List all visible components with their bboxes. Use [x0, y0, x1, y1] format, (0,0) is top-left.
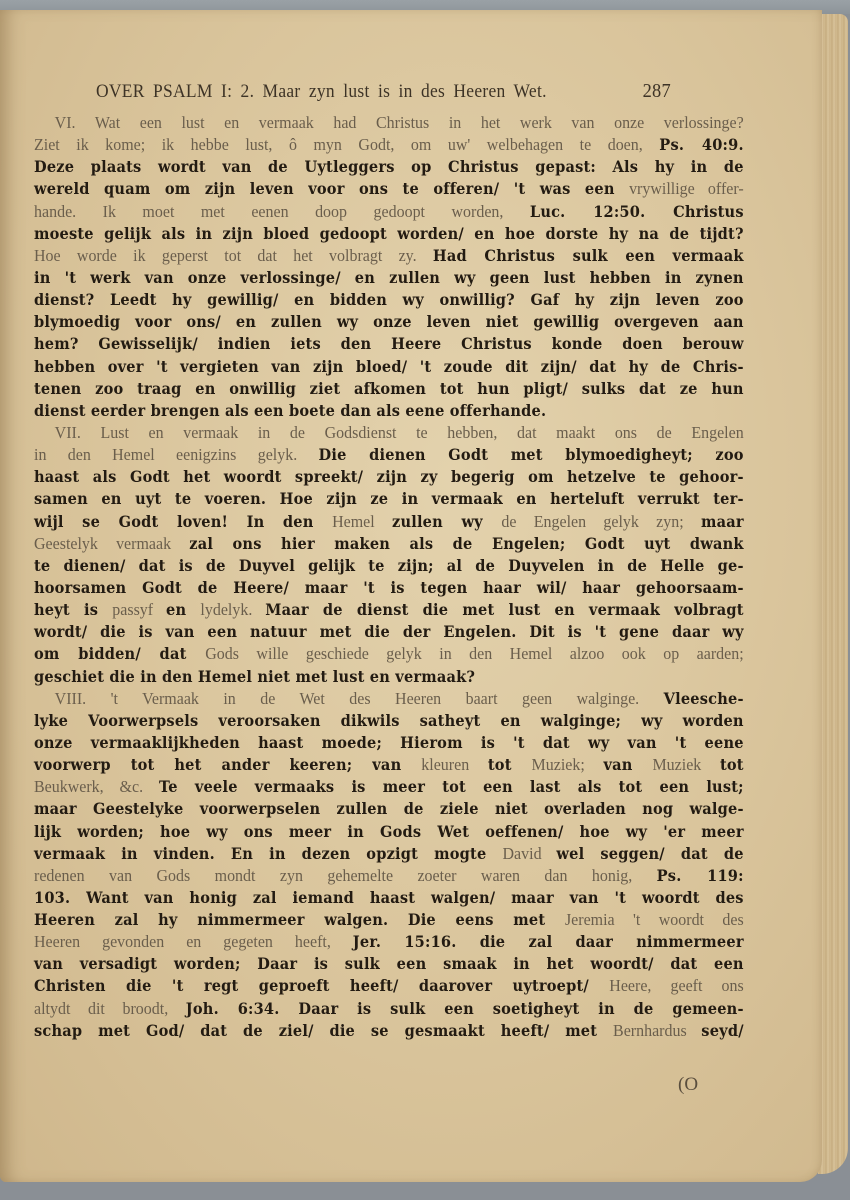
roman-segment: VII. Lust en vermaak in de Godsdienst te…	[55, 423, 744, 442]
roman-segment: Heere, geeft ons	[609, 976, 743, 995]
blackletter-segment: Die dienen Godt met blymoedigheyt; zoo	[319, 445, 744, 464]
text-line: te dienen/ dat is de Duyvel gelijk te zi…	[34, 555, 744, 577]
blackletter-segment: maar	[701, 512, 744, 531]
blackletter-segment: Ps. 119:	[657, 866, 744, 885]
text-line: dienst eerder brengen als een boete dan …	[34, 400, 744, 422]
roman-segment: vrywillige offer-	[629, 179, 744, 198]
roman-segment: lydelyk.	[200, 600, 265, 619]
text-line: Beukwerk, &c. Te veele vermaaks is meer …	[34, 776, 744, 798]
roman-segment: altydt dit broodt,	[34, 999, 186, 1018]
blackletter-segment: heyt is	[34, 600, 112, 619]
text-line: vermaak in vinden. En in dezen opzigt mo…	[34, 843, 744, 865]
blackletter-segment: tot	[488, 755, 532, 774]
text-line: Geestelyk vermaak zal ons hier maken als…	[34, 533, 744, 555]
text-line: van versadigt worden; Daar is sulk een s…	[34, 953, 744, 975]
text-line: in den Hemel eenigzins gelyk. Die dienen…	[34, 444, 744, 466]
blackletter-segment: Maar de dienst die met lust en vermaak v…	[265, 600, 743, 619]
roman-segment: passyf	[112, 600, 166, 619]
text-line: schap met God/ dat de ziel/ die se gesma…	[34, 1020, 744, 1042]
roman-segment: hande. Ik moet met eenen doop gedoopt wo…	[34, 202, 530, 221]
text-line: hebben over 't vergieten van zijn bloed/…	[34, 356, 744, 378]
text-line: VIII. 't Vermaak in de Wet des Heeren ba…	[34, 688, 744, 710]
blackletter-segment: wordt/ die is van een natuur met die der…	[34, 622, 744, 641]
blackletter-segment: in 't werk van onze verlossinge/ en zull…	[34, 268, 744, 287]
blackletter-segment: hem? Gewisselijk/ indien iets den Heere …	[34, 334, 744, 353]
text-line: samen en uyt te voeren. Hoe zijn ze in v…	[34, 488, 744, 510]
blackletter-segment: wijl se Godt loven! In den	[34, 512, 332, 531]
blackletter-segment: samen en uyt te voeren. Hoe zijn ze in v…	[34, 489, 744, 508]
blackletter-segment: Joh. 6:34. Daar is sulk een soetigheyt i…	[186, 999, 744, 1018]
roman-segment: in den Hemel eenigzins gelyk.	[34, 445, 319, 464]
blackletter-segment: voorwerp tot het ander keeren; van	[34, 755, 421, 774]
roman-segment: Beukwerk, &c.	[34, 777, 159, 796]
roman-segment: David	[503, 844, 557, 863]
text-line: Ziet ik kome; ik hebbe lust, ô myn Godt,…	[34, 134, 744, 156]
blackletter-segment: haast als Godt het woordt spreekt/ zijn …	[34, 467, 744, 486]
text-line: voorwerp tot het ander keeren; van kleur…	[34, 754, 744, 776]
blackletter-segment: Jer. 15:16. die zal daar nimmermeer	[353, 932, 744, 951]
text-line: haast als Godt het woordt spreekt/ zijn …	[34, 466, 744, 488]
blackletter-segment: 103. Want van honig zal iemand haast wal…	[34, 888, 744, 907]
roman-segment: Ziet ik kome; ik hebbe lust, ô myn Godt,…	[34, 135, 659, 154]
blackletter-segment: en	[166, 600, 200, 619]
blackletter-segment: lijk worden; hoe wy ons meer in Gods Wet…	[34, 822, 744, 841]
blackletter-segment: van versadigt worden; Daar is sulk een s…	[34, 954, 744, 973]
blackletter-segment: vermaak in vinden. En in dezen opzigt mo…	[34, 844, 503, 863]
blackletter-segment: hebben over 't vergieten van zijn bloed/…	[34, 357, 744, 376]
text-line: wordt/ die is van een natuur met die der…	[34, 621, 744, 643]
roman-segment: Bernhardus	[613, 1021, 701, 1040]
roman-segment: Geestelyk vermaak	[34, 534, 189, 553]
text-line: Christen die 't regt geproeft heeft/ daa…	[34, 975, 744, 997]
text-line: heyt is passyf en lydelyk. Maar de diens…	[34, 599, 744, 621]
blackletter-segment: hoorsamen Godt de Heere/ maar 't is tege…	[34, 578, 744, 597]
blackletter-segment: Deze plaats wordt van de Uytleggers op C…	[34, 157, 744, 176]
blackletter-segment: geschiet die in den Hemel niet met lust …	[34, 667, 475, 686]
text-line: wereld quam om zijn leven voor ons te of…	[34, 178, 744, 200]
blackletter-segment: zal ons hier maken als de Engelen; Godt …	[189, 534, 743, 553]
text-line: dienst? Leedt hy gewillig/ en bidden wy …	[34, 289, 744, 311]
text-line: Heeren gevonden en gegeten heeft, Jer. 1…	[34, 931, 744, 953]
page-number: 287	[643, 80, 671, 103]
text-line: moeste gelijk als in zijn bloed gedoopt …	[34, 223, 744, 245]
blackletter-segment: Had Christus sulk een vermaak	[433, 246, 744, 265]
catchword: (O	[678, 1074, 698, 1096]
roman-segment: kleuren	[421, 755, 488, 774]
text-line: Hoe worde ik geperst tot dat het volbrag…	[34, 245, 744, 267]
text-line: redenen van Gods mondt zyn gehemelte zoe…	[34, 865, 744, 887]
blackletter-segment: tenen zoo traag en onwillig ziet afkomen…	[34, 379, 744, 398]
text-line: tenen zoo traag en onwillig ziet afkomen…	[34, 378, 744, 400]
blackletter-segment: zullen wy	[392, 512, 501, 531]
text-line: hem? Gewisselijk/ indien iets den Heere …	[34, 333, 744, 355]
blackletter-segment: dienst eerder brengen als een boete dan …	[34, 401, 546, 420]
blackletter-segment: om bidden/ dat	[34, 644, 205, 663]
text-line: in 't werk van onze verlossinge/ en zull…	[34, 267, 744, 289]
roman-segment: Gods wille geschiede gelyk in den Hemel …	[205, 644, 743, 663]
blackletter-segment: onze vermaaklijkheden haast moede; Hiero…	[34, 733, 744, 752]
blackletter-segment: maar Geestelyke voorwerpselen zullen de …	[34, 799, 744, 818]
blackletter-segment: Vleesche-	[664, 689, 744, 708]
blackletter-segment: lyke Voorwerpsels veroorsaken dikwils sa…	[34, 711, 744, 730]
blackletter-segment: Luc. 12:50. Christus	[530, 202, 744, 221]
blackletter-segment: Te veele vermaaks is meer tot een last a…	[159, 777, 744, 796]
running-head: OVER PSALM I: 2. Maar zyn lust is in des…	[96, 80, 671, 103]
text-line: Deze plaats wordt van de Uytleggers op C…	[34, 156, 744, 178]
text-line: om bidden/ dat Gods wille geschiede gely…	[34, 643, 744, 665]
text-line: altydt dit broodt, Joh. 6:34. Daar is su…	[34, 998, 744, 1020]
text-line: 103. Want van honig zal iemand haast wal…	[34, 887, 744, 909]
blackletter-segment: Christen die 't regt geproeft heeft/ daa…	[34, 976, 609, 995]
text-line: hoorsamen Godt de Heere/ maar 't is tege…	[34, 577, 744, 599]
blackletter-segment: Heeren zal hy nimmermeer walgen. Die een…	[34, 910, 565, 929]
text-line: Heeren zal hy nimmermeer walgen. Die een…	[34, 909, 744, 931]
text-line: onze vermaaklijkheden haast moede; Hiero…	[34, 732, 744, 754]
blackletter-segment: tot	[720, 755, 744, 774]
text-line: wijl se Godt loven! In den Hemel zullen …	[34, 511, 744, 533]
text-line: geschiet die in den Hemel niet met lust …	[34, 666, 744, 688]
text-line: hande. Ik moet met eenen doop gedoopt wo…	[34, 201, 744, 223]
blackletter-segment: wereld quam om zijn leven voor ons te of…	[34, 179, 629, 198]
roman-segment: Muziek	[652, 755, 719, 774]
blackletter-segment: seyd/	[701, 1021, 743, 1040]
roman-segment: de Engelen gelyk zyn;	[501, 512, 701, 531]
roman-segment: Jeremia 't woordt des	[565, 910, 744, 929]
text-line: lijk worden; hoe wy ons meer in Gods Wet…	[34, 821, 744, 843]
roman-segment: VIII. 't Vermaak in de Wet des Heeren ba…	[55, 689, 664, 708]
roman-segment: Hemel	[332, 512, 392, 531]
roman-segment: redenen van Gods mondt zyn gehemelte zoe…	[34, 866, 657, 885]
blackletter-segment: moeste gelijk als in zijn bloed gedoopt …	[34, 224, 744, 243]
blackletter-segment: blymoedig voor ons/ en zullen wy onze le…	[34, 312, 744, 331]
roman-segment: VI. Wat een lust en vermaak had Christus…	[55, 113, 744, 132]
text-line: lyke Voorwerpsels veroorsaken dikwils sa…	[34, 710, 744, 732]
running-head-title: OVER PSALM I: 2. Maar zyn lust is in des…	[96, 81, 547, 103]
blackletter-segment: te dienen/ dat is de Duyvel gelijk te zi…	[34, 556, 744, 575]
blackletter-segment: dienst? Leedt hy gewillig/ en bidden wy …	[34, 290, 744, 309]
text-line: maar Geestelyke voorwerpselen zullen de …	[34, 798, 744, 820]
body-text: VI. Wat een lust en vermaak had Christus…	[34, 112, 744, 1042]
text-line: blymoedig voor ons/ en zullen wy onze le…	[34, 311, 744, 333]
blackletter-segment: wel seggen/ dat de	[556, 844, 743, 863]
text-line: VI. Wat een lust en vermaak had Christus…	[34, 112, 744, 134]
roman-segment: Muziek;	[532, 755, 604, 774]
blackletter-segment: van	[603, 755, 652, 774]
blackletter-segment: Ps. 40:9.	[659, 135, 743, 154]
roman-segment: Hoe worde ik geperst tot dat het volbrag…	[34, 246, 433, 265]
blackletter-segment: schap met God/ dat de ziel/ die se gesma…	[34, 1021, 613, 1040]
text-line: VII. Lust en vermaak in de Godsdienst te…	[34, 422, 744, 444]
book-page-edges	[818, 14, 848, 1174]
roman-segment: Heeren gevonden en gegeten heeft,	[34, 932, 353, 951]
